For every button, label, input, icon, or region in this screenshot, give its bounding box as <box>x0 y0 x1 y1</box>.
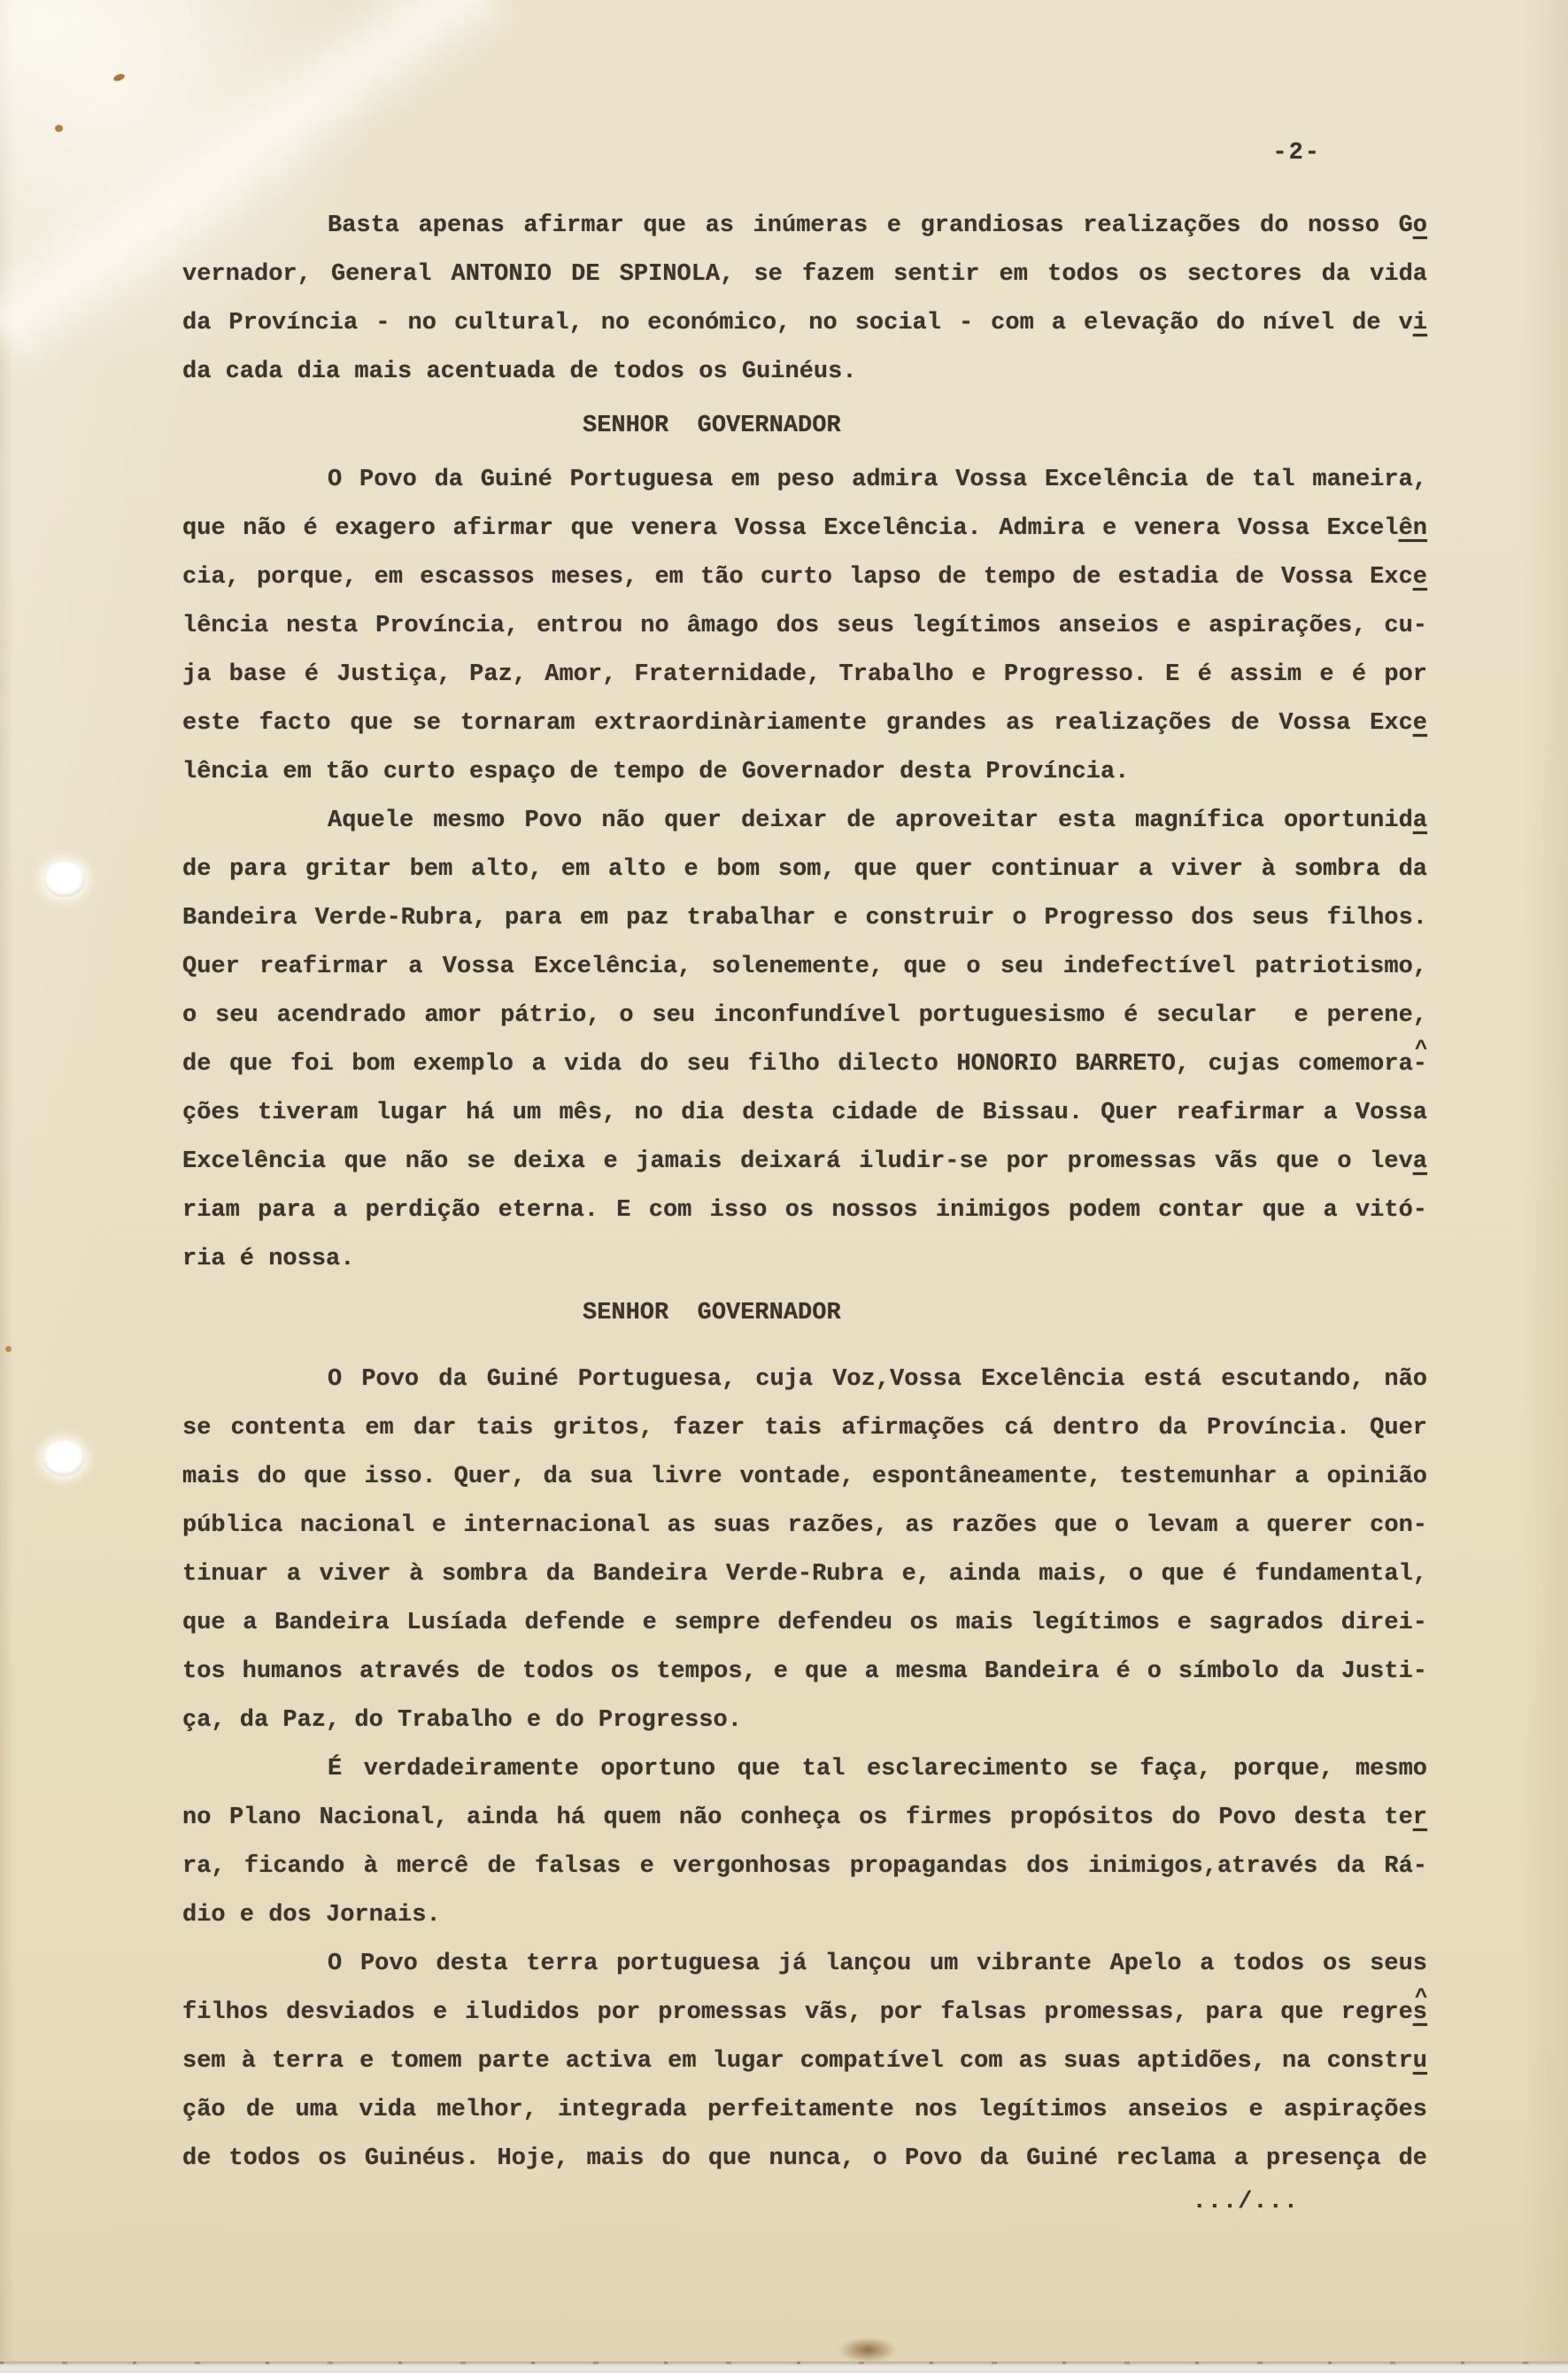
text-line: Excelência que não se deixa e jamais dei… <box>182 1138 1427 1186</box>
text-line: ja base é Justiça, Paz, Amor, Fraternida… <box>182 651 1427 700</box>
paragraph-5: É verdadeiramente oportuno que tal escla… <box>182 1745 1427 1940</box>
punch-hole-top <box>44 862 85 897</box>
text-line: que não é exagero afirmar que venera Vos… <box>182 505 1427 553</box>
text-line: tos humanos através de todos os tempos, … <box>182 1648 1427 1697</box>
text-line: vernador, General ANTONIO DE SPINOLA, se… <box>182 251 1427 299</box>
scan-edge <box>0 2361 1568 2373</box>
text-line: ção de uma vida melhor, integrada perfei… <box>182 2086 1427 2135</box>
text-line: ça, da Paz, do Trabalho e do Progresso. <box>182 1697 1427 1745</box>
text-line: o seu acendrado amor pátrio, o seu incon… <box>182 992 1427 1040</box>
paper-speck <box>55 125 63 132</box>
text-line: se contenta em dar tais gritos, fazer ta… <box>182 1404 1427 1453</box>
text-line: ções tiveram lugar há um mês, no dia des… <box>182 1089 1427 1138</box>
text-line: cia, porque, em escassos meses, em tão c… <box>182 553 1427 602</box>
paragraph-1: Basta apenas afirmar que as inúmeras e g… <box>182 202 1427 397</box>
text-line: O Povo da Guiné Portuguesa em peso admir… <box>182 456 1427 505</box>
stain <box>839 2338 896 2362</box>
paragraph-3: Aquele mesmo Povo não quer deixar de apr… <box>182 797 1427 1284</box>
section-heading-1: SENHOR GOVERNADOR <box>583 402 1427 451</box>
text-line: lência nesta Província, entrou no âmago … <box>182 602 1427 651</box>
text-line: dio e dos Jornais. <box>182 1891 1427 1940</box>
scanned-page: -2- Basta apenas afirmar que as inúmeras… <box>0 0 1568 2373</box>
page-number: -2- <box>182 129 1427 178</box>
text-line: lência em tão curto espaço de tempo de G… <box>182 748 1427 797</box>
text-line: Aquele mesmo Povo não quer deixar de apr… <box>182 797 1427 846</box>
paragraph-6: O Povo desta terra portuguesa já lançou … <box>182 1940 1427 2184</box>
text-line: que a Bandeira Lusíada defende e sempre … <box>182 1599 1427 1648</box>
text-line: riam para a perdição eterna. E com isso … <box>182 1186 1427 1235</box>
text-line: de todos os Guinéus. Hoje, mais do que n… <box>182 2135 1427 2184</box>
text-line: mais do que isso. Quer, da sua livre von… <box>182 1453 1427 1502</box>
punch-hole-bottom <box>43 1441 84 1476</box>
text-line: O Povo da Guiné Portuguesa, cuja Voz,Vos… <box>182 1356 1427 1404</box>
text-line: Basta apenas afirmar que as inúmeras e g… <box>182 202 1427 251</box>
text-line: O Povo desta terra portuguesa já lançou … <box>182 1940 1427 1989</box>
text-line: no Plano Nacional, ainda há quem não con… <box>182 1794 1427 1843</box>
text-line: este facto que se tornaram extraordinàri… <box>182 700 1427 748</box>
text-line: ra, ficando à mercê de falsas e vergonho… <box>182 1843 1427 1891</box>
text-line: da Província - no cultural, no económico… <box>182 299 1427 348</box>
text-line: filhos desviados e iludidos por promessa… <box>182 1989 1427 2037</box>
paragraph-2: O Povo da Guiné Portuguesa em peso admir… <box>182 456 1427 797</box>
text-line: Quer reafirmar a Vossa Excelência, solen… <box>182 943 1427 992</box>
text-line: tinuar a viver à sombra da Bandeira Verd… <box>182 1550 1427 1599</box>
text-line: pública nacional e internacional as suas… <box>182 1502 1427 1550</box>
continuation-mark: .../... <box>182 2178 1427 2227</box>
paper-speck <box>5 1346 12 1352</box>
text-line: É verdadeiramente oportuno que tal escla… <box>182 1745 1427 1794</box>
section-heading-2: SENHOR GOVERNADOR <box>583 1289 1427 1338</box>
text-line: da cada dia mais acentuada de todos os G… <box>182 348 1427 397</box>
paragraph-4: O Povo da Guiné Portuguesa, cuja Voz,Vos… <box>182 1356 1427 1745</box>
document-body: Basta apenas afirmar que as inúmeras e g… <box>182 202 1427 2227</box>
text-line: ria é nossa. <box>182 1235 1427 1284</box>
text-line: Bandeira Verde-Rubra, para em paz trabal… <box>182 894 1427 943</box>
text-line: de para gritar bem alto, em alto e bom s… <box>182 846 1427 894</box>
text-line: sem à terra e tomem parte activa em luga… <box>182 2037 1427 2086</box>
text-line: de que foi bom exemplo a vida do seu fil… <box>182 1040 1427 1089</box>
